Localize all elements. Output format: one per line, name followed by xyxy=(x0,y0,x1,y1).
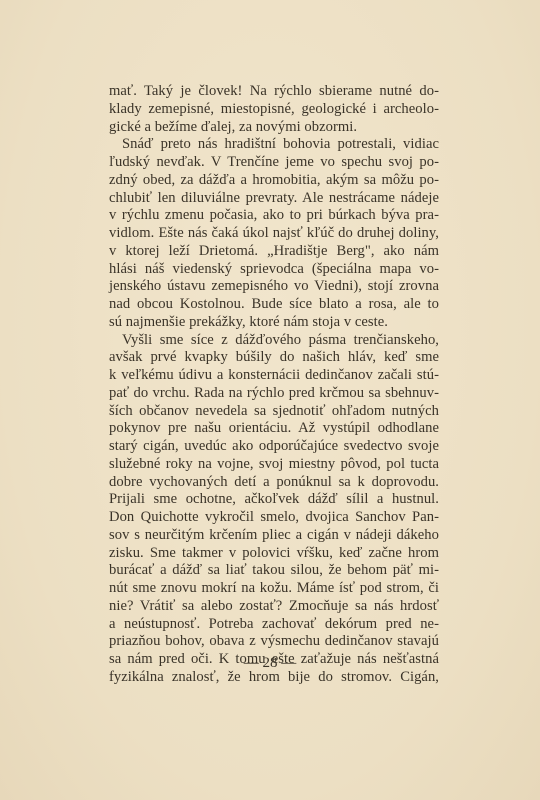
text-line: sú najmenšie prekážky, ktoré nám stoja v… xyxy=(109,314,439,332)
text-line: Don Quichotte vykročil smelo, dvojica Sa… xyxy=(109,509,439,527)
text-line: klady zemepisné, miestopisné, geologické… xyxy=(109,101,439,119)
text-line: gické a bežíme ďalej, za novými obzormi. xyxy=(109,119,439,137)
text-line: burácať a dážď sa liať takou silou, že b… xyxy=(109,562,439,580)
text-line: a neústupnosť. Potreba zachovať dekórum … xyxy=(109,616,439,634)
text-line: nie? Vrátiť sa alebo zostať? Zmocňuje sa… xyxy=(109,598,439,616)
text-line: pokynov pre našu orientáciu. Až vystúpil… xyxy=(109,420,439,438)
text-line: zisku. Sme takmer v polovici vŕšku, keď … xyxy=(109,545,439,563)
text-line: zdný obed, za dážďa a hromobitia, akým s… xyxy=(109,172,439,190)
book-page: mať. Taký je človek! Na rýchlo sbierame … xyxy=(0,0,540,800)
text-line: chlubiť len diluviálne prevraty. Ale nes… xyxy=(109,190,439,208)
text-line: nút sme znovu mokrí na kožu. Máme ísť po… xyxy=(109,580,439,598)
text-line: avšak prvé kvapky búšily do našich hláv,… xyxy=(109,349,439,367)
text-line: dobre vychovaných detí a ponúknul sa k d… xyxy=(109,474,439,492)
text-line: nad obcou Kostolnou. Bude síce blato a r… xyxy=(109,296,439,314)
text-line: Vyšli sme síce z dážďového pásma trenčia… xyxy=(109,332,439,350)
text-line: jenského ústavu zemepisného vo Viedni), … xyxy=(109,278,439,296)
text-line: v ktorej leží Drietomá. „Hradištje Berg"… xyxy=(109,243,439,261)
text-line: hlási náš viedenský sprievodca (špeciáln… xyxy=(109,261,439,279)
text-line: služebné roky na vojne, svoj miestny pôv… xyxy=(109,456,439,474)
text-line: vidlom. Ešte nás čaká úkol najsť kľúč do… xyxy=(109,225,439,243)
text-line: priazňou bohov, obava z výsmechu dedinča… xyxy=(109,633,439,651)
page-number: — 28 — xyxy=(0,655,540,672)
text-line: Snáď preto nás hradištní bohovia potrest… xyxy=(109,136,439,154)
text-line: Prijali sme ochotne, ačkoľvek dážď sílil… xyxy=(109,491,439,509)
text-line: sov s neurčitým krčením pliec a cigán v … xyxy=(109,527,439,545)
text-line: ších občanov nevedela sa sjednotiť ohľad… xyxy=(109,403,439,421)
text-line: ľudský nevďak. V Trenčíne jeme vo spechu… xyxy=(109,154,439,172)
text-line: k veľkému údivu a konsternácii dedinčano… xyxy=(109,367,439,385)
body-text: mať. Taký je človek! Na rýchlo sbierame … xyxy=(109,83,439,687)
text-line: pať do vrchu. Rada na rýchlo pred krčmou… xyxy=(109,385,439,403)
text-line: v rýchlu zmenu počasia, ako to pri búrka… xyxy=(109,207,439,225)
text-line: starý cigán, uvedúc ako odporúčajúce sve… xyxy=(109,438,439,456)
text-line: mať. Taký je človek! Na rýchlo sbierame … xyxy=(109,83,439,101)
